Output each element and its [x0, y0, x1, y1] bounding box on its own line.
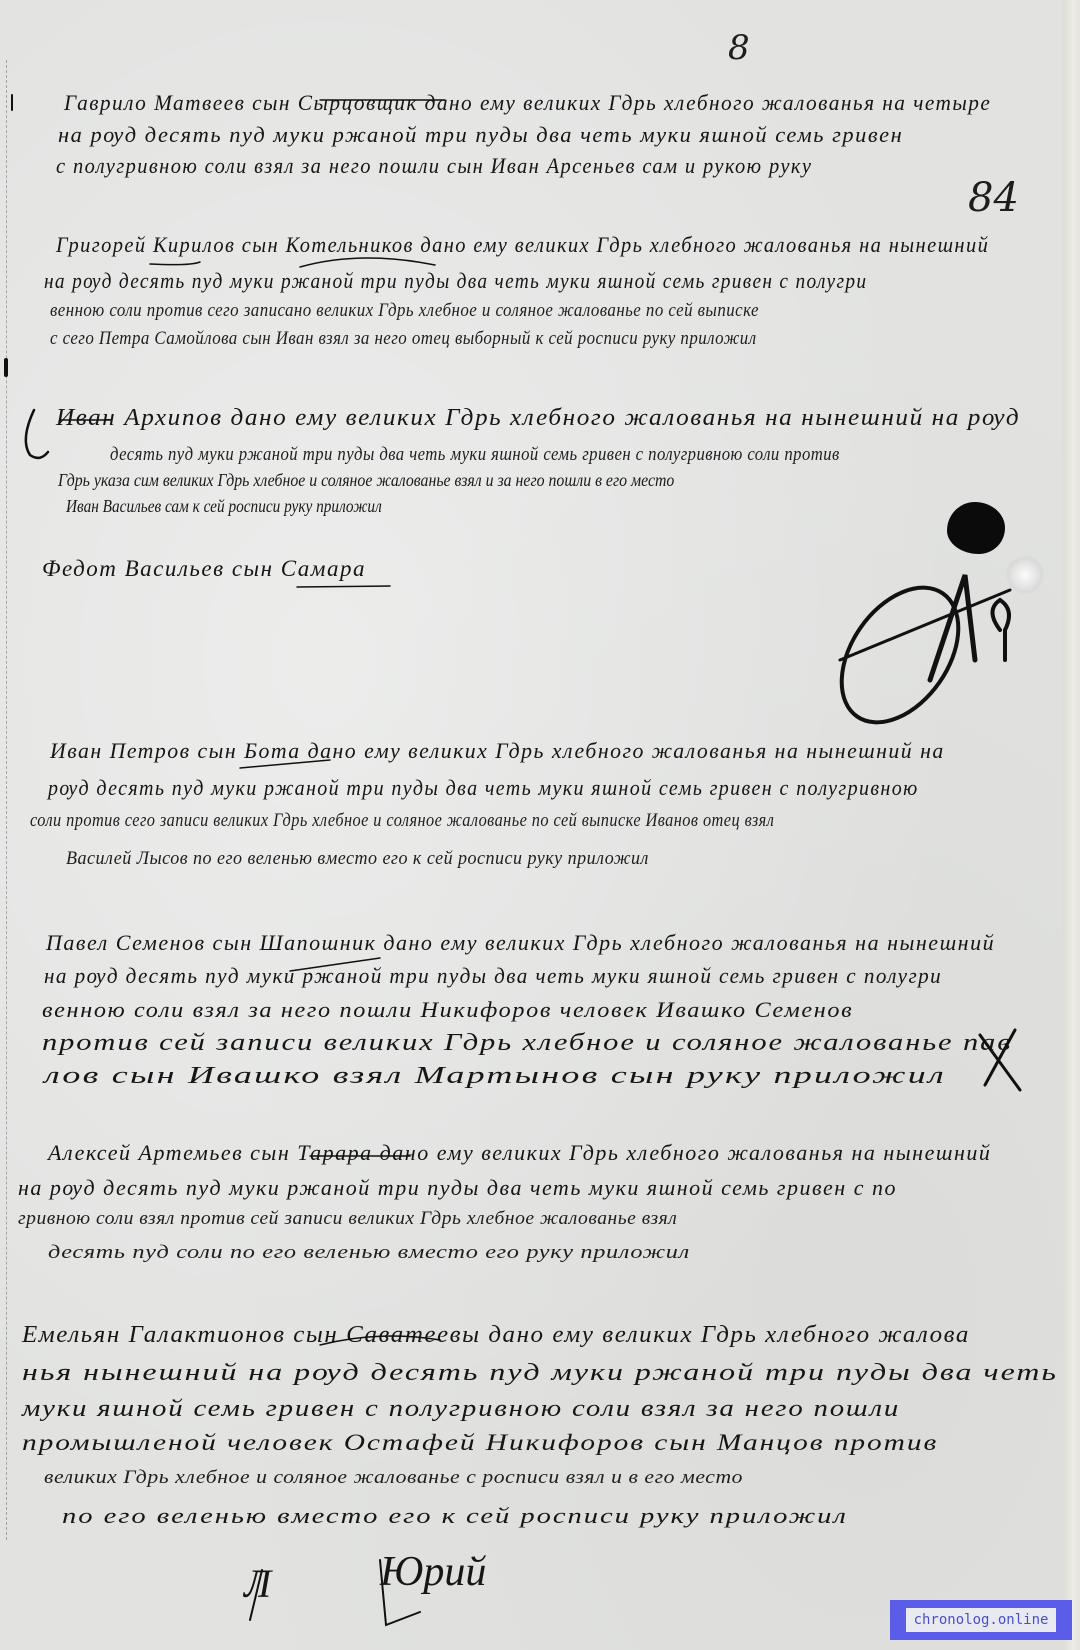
watermark-badge: chronolog.online: [890, 1600, 1072, 1640]
manuscript-page: 8 84 Гаврило Матвеев сын Сырцовщик дано …: [0, 0, 1080, 1650]
watermark-text: chronolog.online: [906, 1608, 1057, 1632]
ink-flourishes: [0, 0, 1080, 1650]
